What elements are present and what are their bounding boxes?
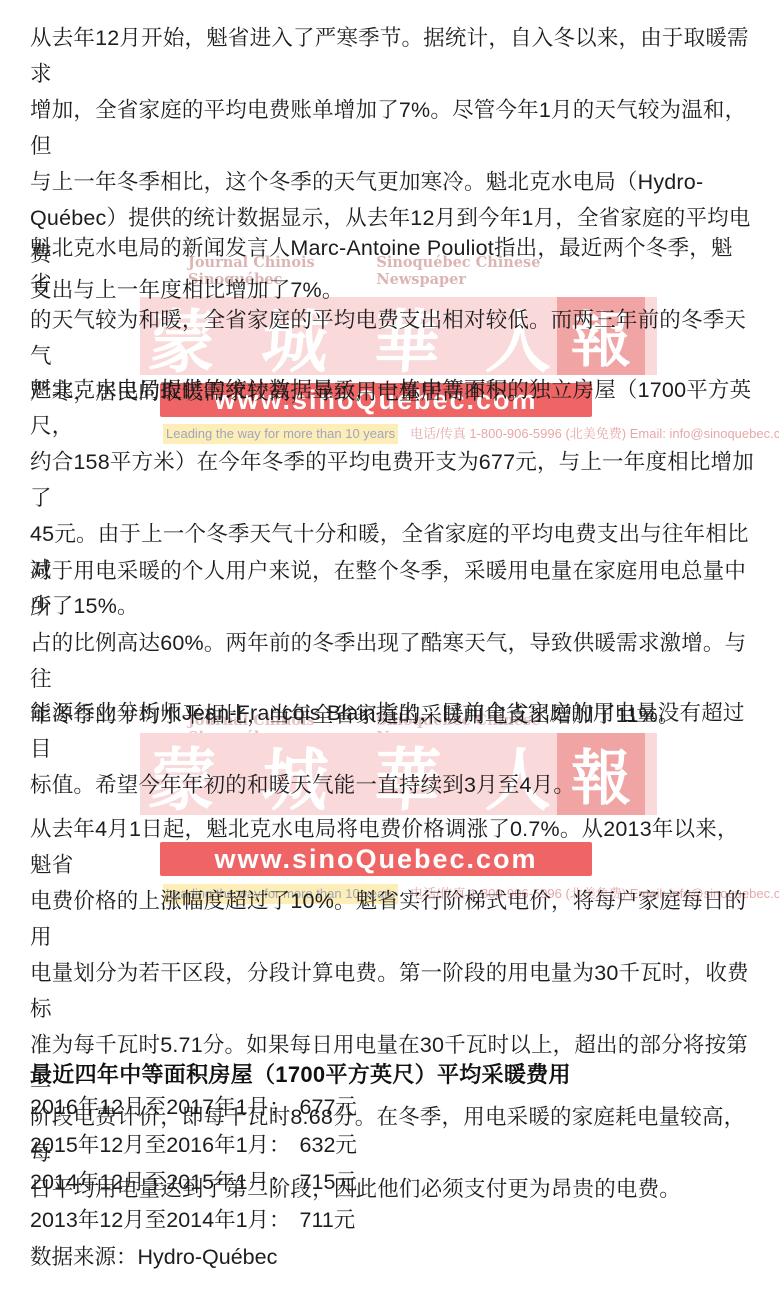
row-period: 2016年12月至2017年1月： <box>30 1095 291 1119</box>
row-period: 2015年12月至2016年1月： <box>30 1133 291 1157</box>
row-amount: 711元 <box>300 1208 356 1232</box>
table-row: 2013年12月至2014年1月：711元 <box>30 1202 754 1240</box>
table-row: 2016年12月至2017年1月：677元 <box>30 1089 754 1127</box>
article-content: 从去年12月开始，魁省进入了严寒季节。据统计，自入冬以来，由于取暖需求 增加，全… <box>0 0 779 1302</box>
row-period: 2013年12月至2014年1月： <box>30 1208 291 1232</box>
row-amount: 677元 <box>300 1095 357 1119</box>
row-amount: 632元 <box>300 1133 357 1157</box>
row-amount: 715元 <box>300 1170 357 1194</box>
row-period: 2014年12月至2015年1月： <box>30 1170 291 1194</box>
cost-table: 2016年12月至2017年1月：677元 2015年12月至2016年1月：6… <box>30 1089 754 1277</box>
article-page: Journal Chinois Sinoquébec Sinoquébec Ch… <box>0 0 779 1302</box>
cost-table-heading: 最近四年中等面积房屋（1700平方英尺）平均采暖费用 <box>30 1058 754 1089</box>
table-row: 2015年12月至2016年1月：632元 <box>30 1127 754 1165</box>
data-source-line: 数据来源：Hydro-Québec <box>30 1239 754 1277</box>
table-row: 2014年12月至2015年1月：715元 <box>30 1164 754 1202</box>
article-paragraph: 能源行业分析师Jean-Francois Blain指出，目前全省家庭的用电量没… <box>30 695 754 803</box>
